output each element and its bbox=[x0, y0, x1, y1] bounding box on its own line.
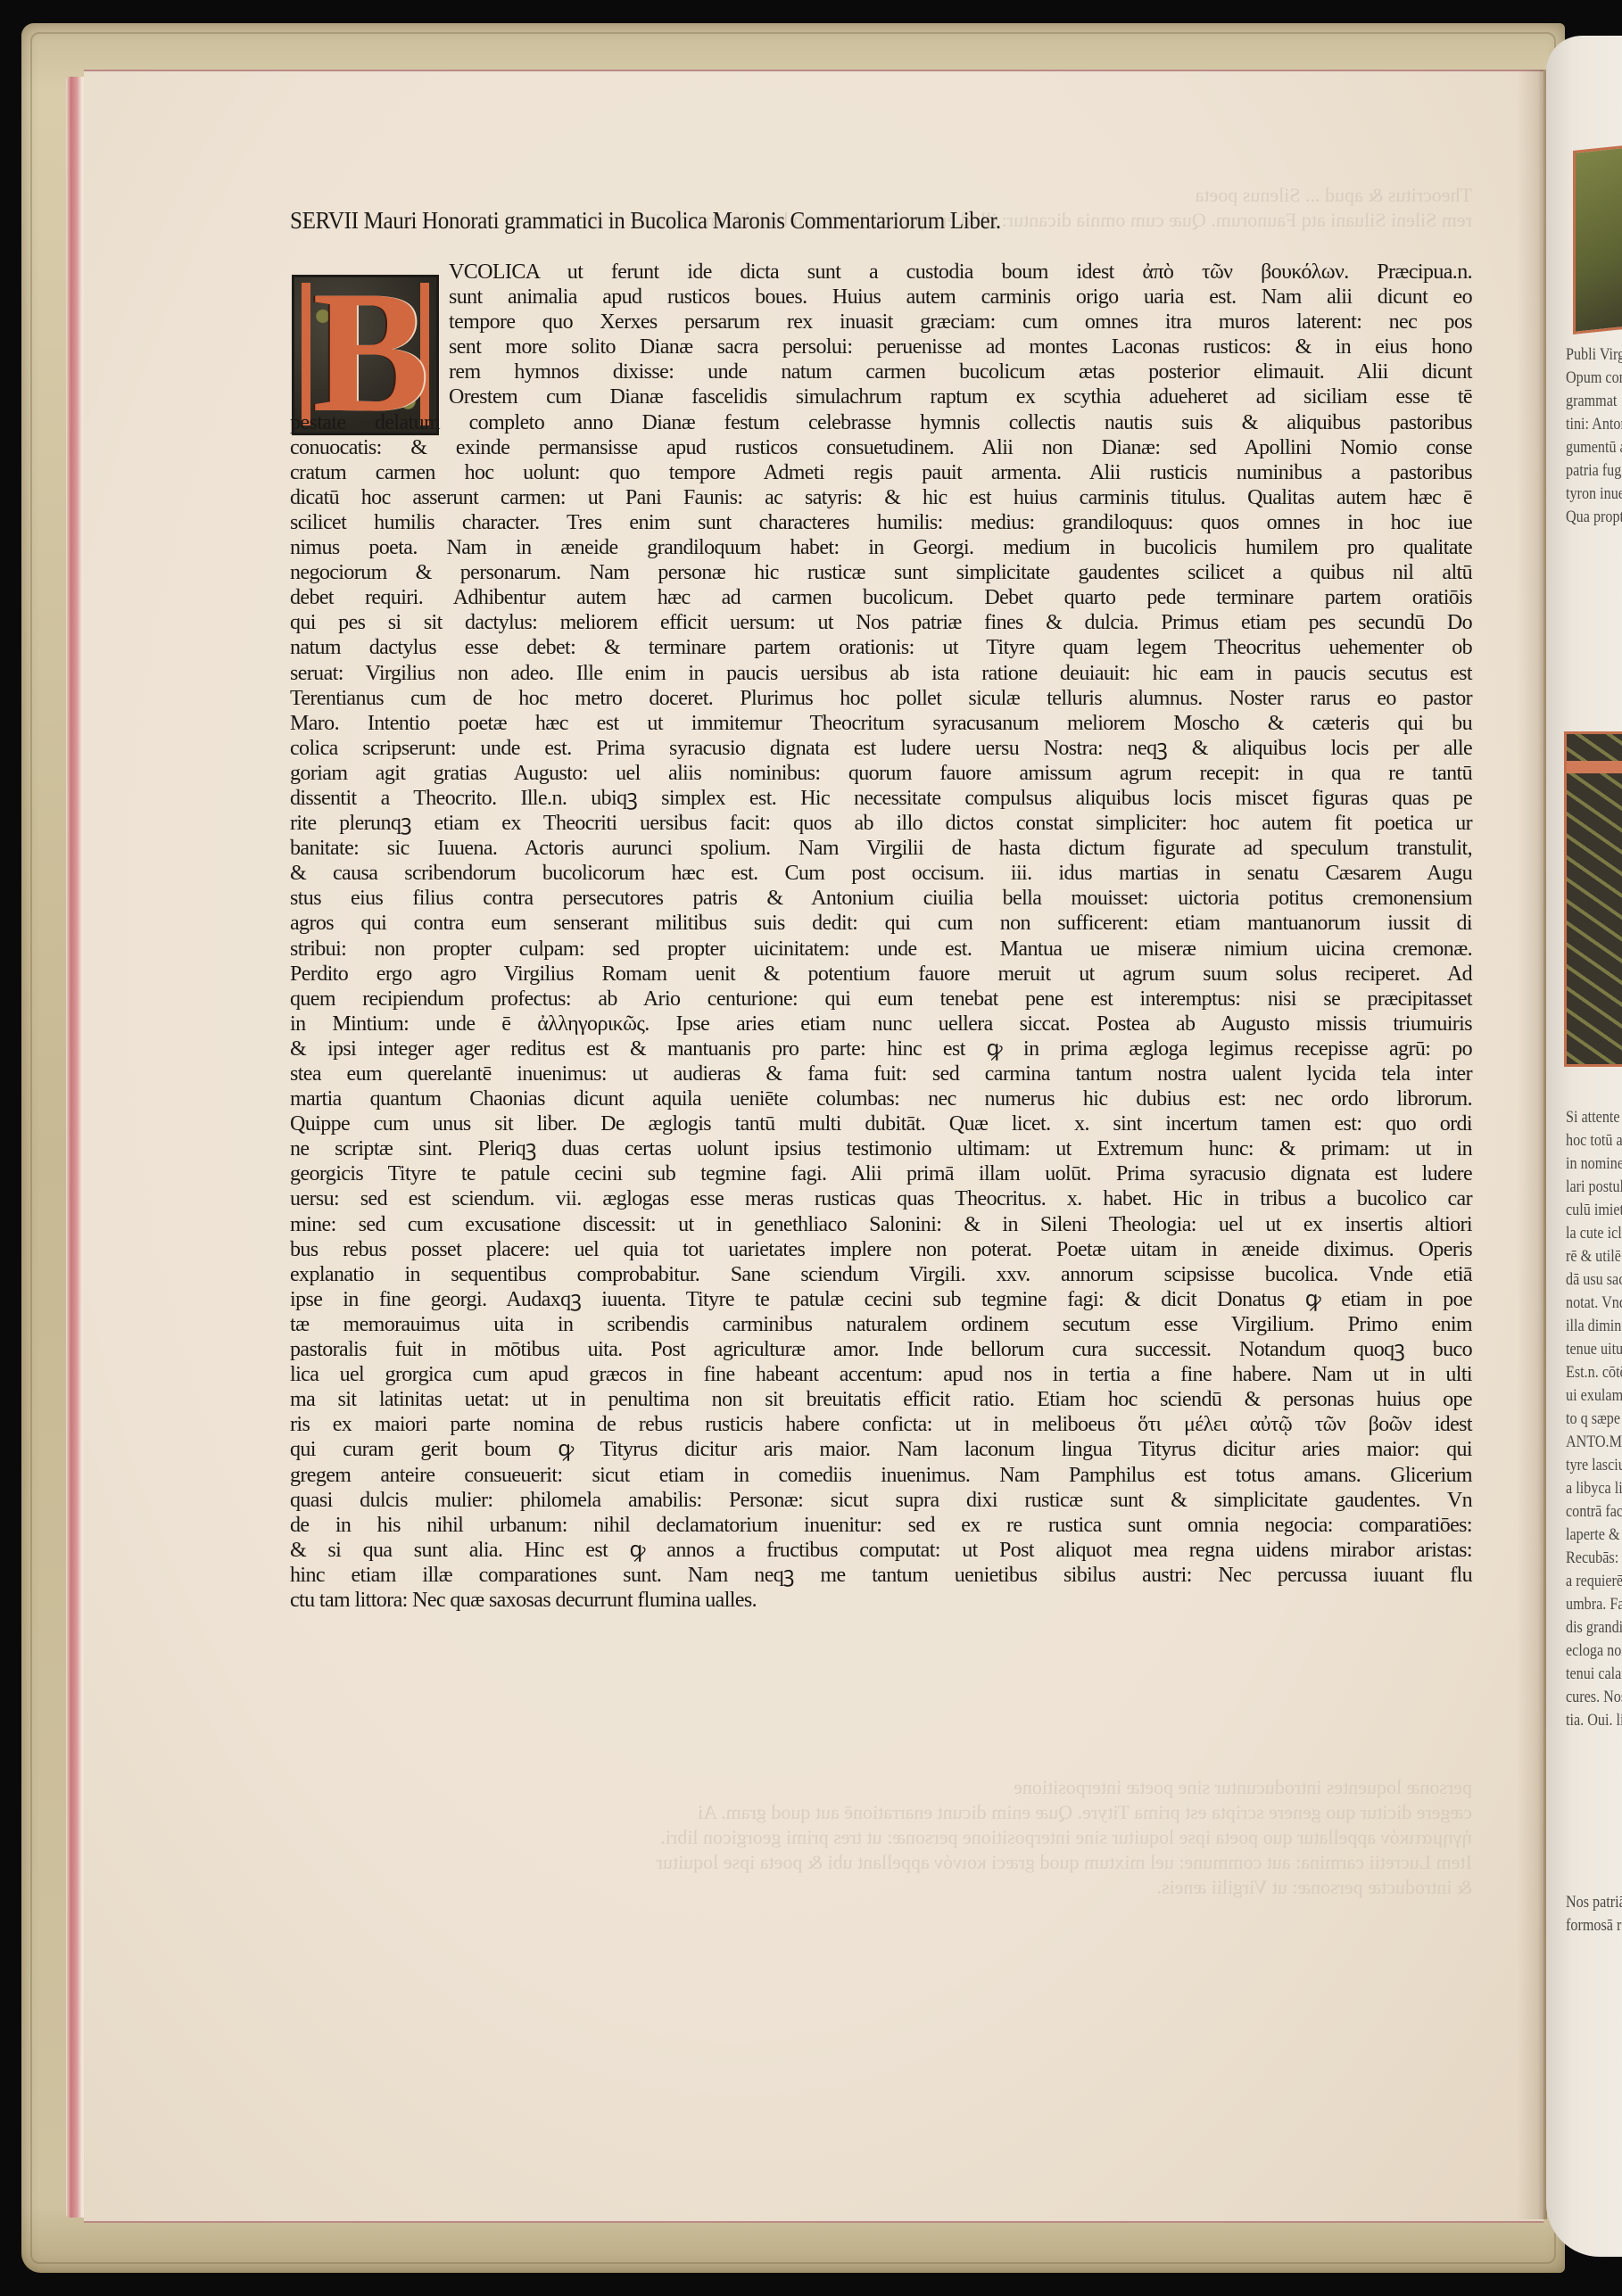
text-line: banitate: sic Iuuena. Actoris aurunci sp… bbox=[290, 836, 1472, 861]
leaf-line: grammat bbox=[1566, 390, 1622, 413]
leaf-line: Est.n. cōtētio cū bbox=[1566, 1361, 1622, 1384]
text-line: quem recipiendum profectus: ab Ario cent… bbox=[290, 987, 1472, 1012]
next-leaf-text-bottom: Nos patriā fugin formosā resonar bbox=[1566, 1891, 1622, 1937]
leaf-line: gumentū a bbox=[1566, 436, 1622, 459]
leaf-line: tenui calamo: aut bbox=[1566, 1663, 1622, 1686]
leaf-line: dā usu sacroꝝ bbox=[1566, 1268, 1622, 1292]
text-line: gregem anteire consueuerit: sicut etiam … bbox=[290, 1463, 1472, 1488]
text-line: pastoralis fuit in mōtibus uita. Post ag… bbox=[290, 1337, 1472, 1362]
leaf-line: patria fugie bbox=[1566, 459, 1622, 483]
leaf-line: tini: Anton bbox=[1566, 413, 1622, 436]
text-line: qui curam gerit boum ꝙ Tityrus dicitur a… bbox=[290, 1437, 1472, 1462]
show-through-line: personæ loquentes introducuntur sine poe… bbox=[294, 1775, 1472, 1800]
text-line: uersu: sed est sciendum. vii. æglogas es… bbox=[290, 1186, 1472, 1211]
leaf-line: Publi Virg bbox=[1566, 343, 1622, 367]
show-through-line: & introductæ personæ: ut Virgilii æneis. bbox=[294, 1875, 1472, 1900]
text-line: stea eum querelantē inuenimus: ut audier… bbox=[290, 1061, 1472, 1086]
leaf-line: to q sæpe affert bbox=[1566, 1408, 1622, 1431]
show-through-line: Item Lucretii carmina: aut commune: uel … bbox=[294, 1850, 1472, 1875]
leaf-line: Si attente au bbox=[1566, 1106, 1622, 1129]
leaf-line: ecloga nona. Sy bbox=[1566, 1639, 1622, 1663]
commentary-body: VCOLICA ut ferunt ide dicta sunt a custo… bbox=[290, 260, 1472, 1613]
leaf-line: culū imiet: is bbox=[1566, 1199, 1622, 1222]
text-line: explanatio in sequentibus comprobabitur.… bbox=[290, 1262, 1472, 1287]
text-line: in Mintium: unde ē ἀλληγορικῶς. Ipse ari… bbox=[290, 1012, 1472, 1037]
leaf-line: formosā resonar bbox=[1566, 1914, 1622, 1937]
text-line: martia quantum Chaonias dicunt aquila ue… bbox=[290, 1086, 1472, 1111]
text-line: mine: sed cum excusatione discessit: ut … bbox=[290, 1212, 1472, 1237]
text-line: tempore quo Xerxes persarum rex inuasit … bbox=[449, 310, 1472, 334]
text-line: Perdito ergo agro Virgilius Romam uenit … bbox=[290, 962, 1472, 987]
text-line: ris ex maiori parte nomina de rebus rust… bbox=[290, 1412, 1472, 1437]
text-line: Quippe cum unus sit liber. De æglogis ta… bbox=[290, 1111, 1472, 1136]
leaf-line: lari postulat. bbox=[1566, 1176, 1622, 1199]
leaf-line: dis grandibus uesc bbox=[1566, 1616, 1622, 1639]
leaf-line: tyron inue bbox=[1566, 483, 1622, 506]
text-line: colica scripserunt: unde est. Prima syra… bbox=[290, 736, 1472, 761]
text-line: ctu tam littora: Nec quæ saxosas decurru… bbox=[290, 1588, 1472, 1613]
text-line: conuocatis: & exinde permansisse apud ru… bbox=[290, 435, 1472, 460]
text-line: natum dactylus esse debet: & terminare p… bbox=[290, 635, 1472, 660]
page-title: SERVII Mauri Honorati grammatici in Buco… bbox=[290, 207, 1001, 235]
text-line: rem hymnos dixisse: unde natum carmen bu… bbox=[449, 359, 1472, 384]
text-line: dicatū hoc asserunt carmen: ut Pani Faun… bbox=[290, 485, 1472, 510]
text-line: bus rebus posset placere: uel quia tot u… bbox=[290, 1237, 1472, 1262]
show-through-line: cægere dicitur quo genere scripta est pr… bbox=[294, 1800, 1472, 1825]
text-line: scilicet humilis character. Tres enim su… bbox=[290, 510, 1472, 535]
leaf-line: Opum com bbox=[1566, 367, 1622, 390]
leaf-line: cures. Nos patria bbox=[1566, 1686, 1622, 1709]
text-line: & si qua sunt alia. Hinc est ꝙ annos a f… bbox=[290, 1538, 1472, 1563]
leaf-line: la cute icludit. bbox=[1566, 1222, 1622, 1245]
text-line: nimus poeta. Nam in æneide grandiloquum … bbox=[290, 535, 1472, 560]
text-line: Terentianus cum de hoc metro doceret. Pl… bbox=[290, 686, 1472, 711]
text-line: sent more solito Dianæ sacra persolui: p… bbox=[449, 334, 1472, 359]
text-line: negociorum & personarum. Nam personæ hic… bbox=[290, 560, 1472, 585]
text-line: stus eius filius contra persecutores pat… bbox=[290, 886, 1472, 911]
show-through-bottom: personæ loquentes introducuntur sine poe… bbox=[294, 1775, 1472, 1900]
text-line: dissentit a Theocrito. Ille.n. ubiqꝫ sim… bbox=[290, 786, 1472, 811]
illuminated-initial-top bbox=[1573, 144, 1622, 334]
text-line: goriam agit gratias Augusto: uel aliis n… bbox=[290, 761, 1472, 786]
text-line: VCOLICA ut ferunt ide dicta sunt a custo… bbox=[449, 260, 1472, 285]
leaf-line: laperte & late p bbox=[1566, 1524, 1622, 1547]
text-line: hinc etiam illæ comparationes sunt. Nam … bbox=[290, 1563, 1472, 1588]
text-line: ne scriptæ sint. Pleriqꝫ duas certas uol… bbox=[290, 1136, 1472, 1161]
leaf-line: illa diminutio bbox=[1566, 1315, 1622, 1338]
text-line: stribui: non propter culpam: sed propter… bbox=[290, 937, 1472, 962]
leaf-line: tyre lasciuas uirg bbox=[1566, 1454, 1622, 1477]
leaf-line: notat. Vnde est bbox=[1566, 1292, 1622, 1315]
next-leaf-text-top: Publi Virg Opum com grammat tini: Anton … bbox=[1566, 343, 1622, 529]
text-line: agros qui contra eum senserant militibus… bbox=[290, 911, 1472, 936]
text-line: quasi dulcis mulier: philomela amabilis:… bbox=[290, 1488, 1472, 1513]
leaf-line: umbra. Fagi: pha bbox=[1566, 1593, 1622, 1616]
text-line: tæ memorauimus uita in scribendis carmin… bbox=[290, 1312, 1472, 1337]
text-line: de in his nihil urbanum: nihil declamato… bbox=[290, 1513, 1472, 1538]
leaf-line: a requierē innui bbox=[1566, 1570, 1622, 1593]
text-line: cratum carmen hoc uolunt: quo tempore Ad… bbox=[290, 460, 1472, 485]
text-line: seruat: Virgilius non adeo. Ille enim in… bbox=[290, 661, 1472, 686]
text-line: ma sit latinitas uetat: ut in penultima … bbox=[290, 1387, 1472, 1412]
text-line: ipse in fine georgi. Audaxqꝫ iuuenta. Ti… bbox=[290, 1287, 1472, 1312]
text-line: qui pes si sit dactylus: meliorem effici… bbox=[290, 610, 1472, 635]
leaf-line: tenue uitupat. bbox=[1566, 1338, 1622, 1361]
leaf-line: Recubās: iacēs: q bbox=[1566, 1547, 1622, 1570]
text-line: Orestem cum Dianæ fascelidis simulachrum… bbox=[449, 384, 1472, 409]
text-line: sunt animalia apud rusticos boues. Huius… bbox=[449, 285, 1472, 310]
text-line: pestate delatum completo anno Dianæ fest… bbox=[290, 410, 1472, 435]
leaf-line: tia. Oui. libro. i. de bbox=[1566, 1709, 1622, 1732]
leaf-line: hoc totū aur bbox=[1566, 1129, 1622, 1152]
leaf-line: Qua propte bbox=[1566, 506, 1622, 529]
leaf-line: a libyca lingua T bbox=[1566, 1477, 1622, 1500]
next-leaf-text-commentary: Si attente au hoc totū aur in nomine æ l… bbox=[1566, 1106, 1622, 1732]
leaf-line: ui exulamus: ru bbox=[1566, 1384, 1622, 1408]
leaf-line: ANTO.MAN bbox=[1566, 1431, 1622, 1454]
leaf-line: in nomine æ bbox=[1566, 1152, 1622, 1176]
text-line: & causa scribendorum bucolicorum hæc est… bbox=[290, 861, 1472, 886]
text-line: rite plerunqꝫ etiam ex Theocriti uersibu… bbox=[290, 811, 1472, 836]
leaf-line: Nos patriā fugin bbox=[1566, 1891, 1622, 1914]
illuminated-initial-t bbox=[1564, 731, 1622, 1067]
text-line: debet requiri. Adhibentur autem hæc ad c… bbox=[290, 585, 1472, 610]
gutter-shadow bbox=[1517, 70, 1547, 2219]
text-line: lica uel grorgica cum apud græcos in fin… bbox=[290, 1362, 1472, 1387]
show-through-line: ἡγηματικόν appellatur quo poeta ipse loq… bbox=[294, 1825, 1472, 1850]
red-page-edge bbox=[66, 77, 86, 2218]
text-line: Maro. Intentio poetæ hæc est ut immitemu… bbox=[290, 711, 1472, 736]
leaf-line: rē & utilē stor bbox=[1566, 1245, 1622, 1268]
show-through-line: Theocritus & apud ... Silenus poeta bbox=[294, 183, 1472, 208]
text-line: & ipsi integer ager reditus est & mantua… bbox=[290, 1037, 1472, 1061]
leaf-line: contrā facit se eē T bbox=[1566, 1500, 1622, 1524]
next-leaf: Publi Virg Opum com grammat tini: Anton … bbox=[1546, 36, 1622, 2257]
text-line: georgicis Tityre te patule cecini sub te… bbox=[290, 1161, 1472, 1186]
